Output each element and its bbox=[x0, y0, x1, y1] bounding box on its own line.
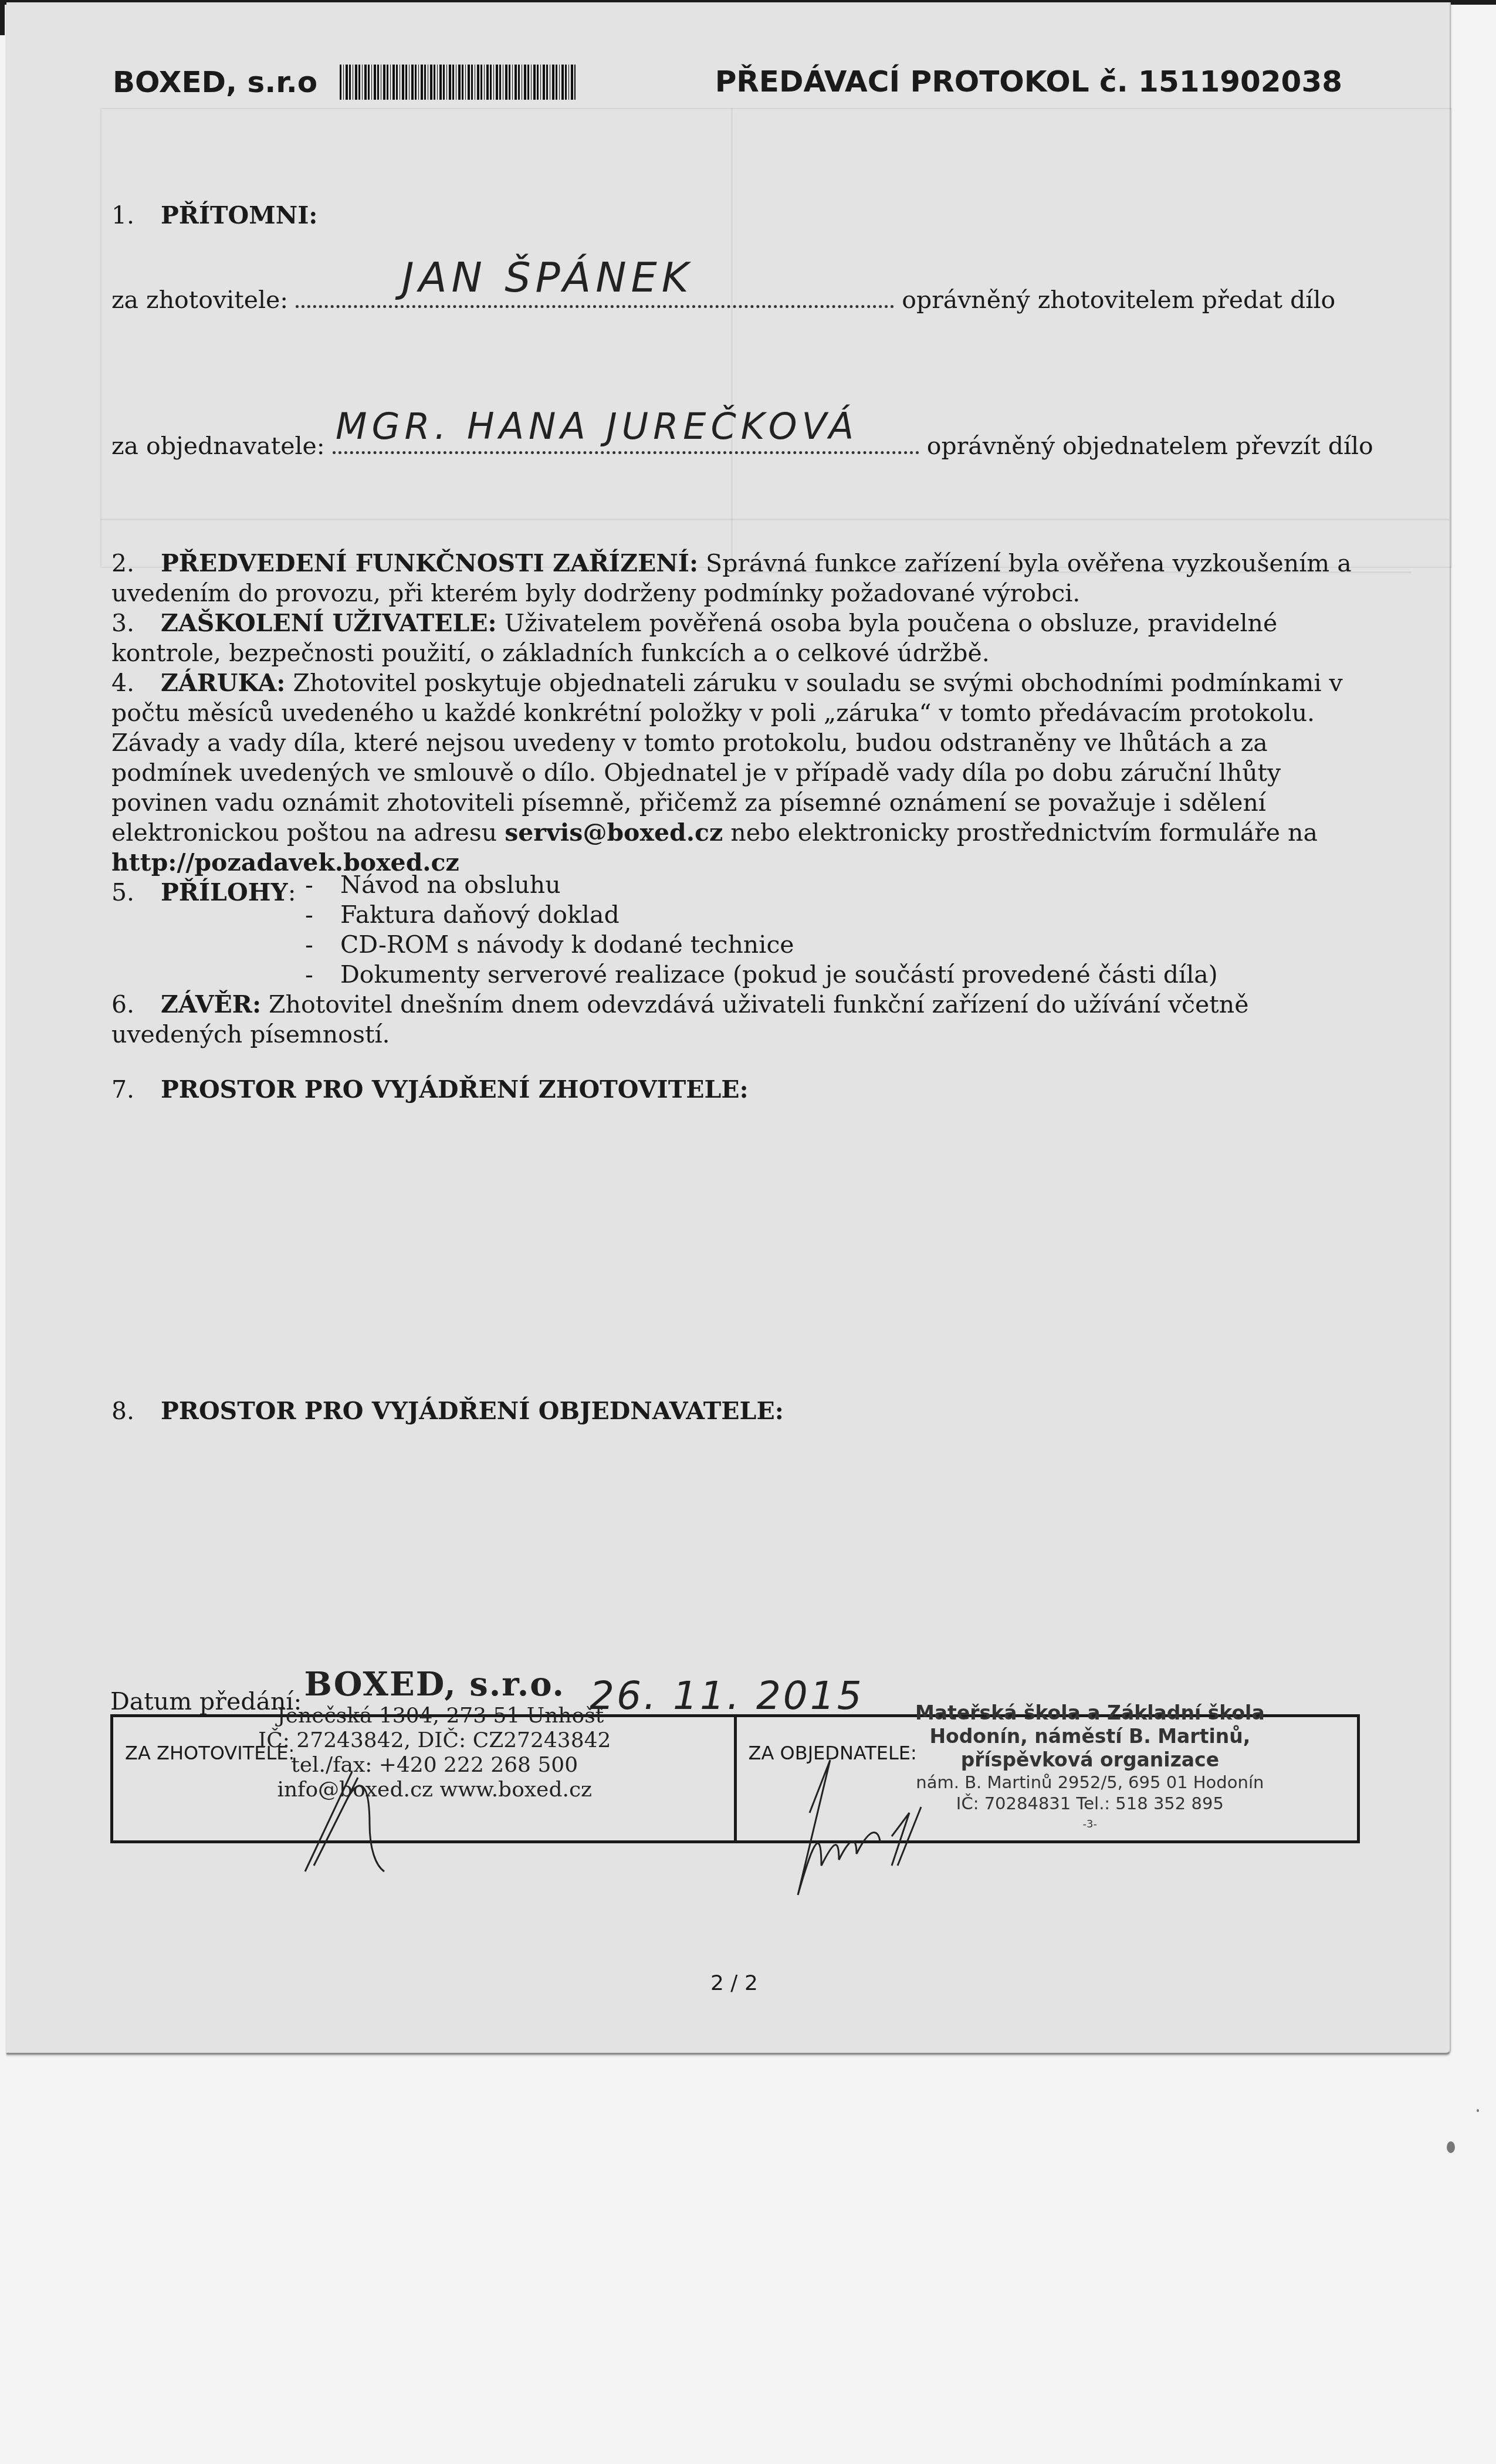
client-label: za objednavatele: bbox=[111, 432, 325, 460]
contractor-authorization: oprávněný zhotovitelem předat dílo bbox=[902, 286, 1335, 314]
attachments-list: Návod na obsluhu Faktura daňový doklad C… bbox=[305, 870, 1218, 990]
scan-speck bbox=[1447, 2141, 1455, 2153]
contractor-signature-icon bbox=[282, 1731, 399, 1871]
bleed-through-row bbox=[100, 519, 1450, 520]
contractor-label: za zhotovitele: bbox=[111, 286, 288, 314]
document-title: PŘEDÁVACÍ PROTOKOL č. 1511902038 bbox=[715, 65, 1342, 99]
company-header: BOXED, s.r.o bbox=[113, 65, 576, 100]
client-signature-icon bbox=[774, 1748, 1021, 1901]
barcode bbox=[340, 65, 576, 100]
bleed-through-table bbox=[100, 108, 1452, 568]
section-8-heading: 8.PROSTOR PRO VYJÁDŘENÍ OBJEDNAVATELE: bbox=[111, 1396, 784, 1426]
attachment-item: Faktura daňový doklad bbox=[305, 900, 1218, 930]
attachment-item: Návod na obsluhu bbox=[305, 870, 1218, 900]
contractor-handwritten-name: JAN ŠPÁNEK bbox=[402, 253, 693, 302]
client-authorization: oprávněný objednatelem převzít dílo bbox=[927, 432, 1373, 460]
service-email-link[interactable]: servis@boxed.cz bbox=[505, 818, 723, 847]
section-1-heading: 1.PŘÍTOMNI: bbox=[111, 201, 317, 231]
section-6: 6.ZÁVĚR: Zhotovitel dnešním dnem odevzdá… bbox=[111, 990, 1367, 1050]
section-7-heading: 7.PROSTOR PRO VYJÁDŘENÍ ZHOTOVITELE: bbox=[111, 1075, 749, 1105]
sections-2-4: 2.PŘEDVEDENÍ FUNKČNOSTI ZAŘÍZENÍ: Správn… bbox=[111, 549, 1367, 908]
scanner-edge-left bbox=[0, 0, 5, 35]
scan-speck bbox=[1477, 2109, 1479, 2112]
section-3: 3.ZAŠKOLENÍ UŽIVATELE: Uživatelem pověře… bbox=[111, 608, 1367, 668]
page-number: 2 / 2 bbox=[710, 1971, 758, 1995]
company-name: BOXED, s.r.o bbox=[113, 65, 317, 99]
client-handwritten-name: MGR. HANA JUREČKOVÁ bbox=[336, 405, 858, 448]
section-2: 2.PŘEDVEDENÍ FUNKČNOSTI ZAŘÍZENÍ: Správn… bbox=[111, 549, 1367, 608]
bleed-through-divider bbox=[731, 108, 733, 566]
attachment-item: CD-ROM s návody k dodané technice bbox=[305, 930, 1218, 960]
section-4: 4.ZÁRUKA: Zhotovitel poskytuje objednate… bbox=[111, 668, 1367, 878]
attachment-item: Dokumenty serverové realizace (pokud je … bbox=[305, 960, 1218, 990]
contractor-present-line: za zhotovitele: oprávněný zhotovitelem p… bbox=[111, 285, 1335, 315]
handover-date-handwritten: 26. 11. 2015 bbox=[590, 1673, 864, 1718]
